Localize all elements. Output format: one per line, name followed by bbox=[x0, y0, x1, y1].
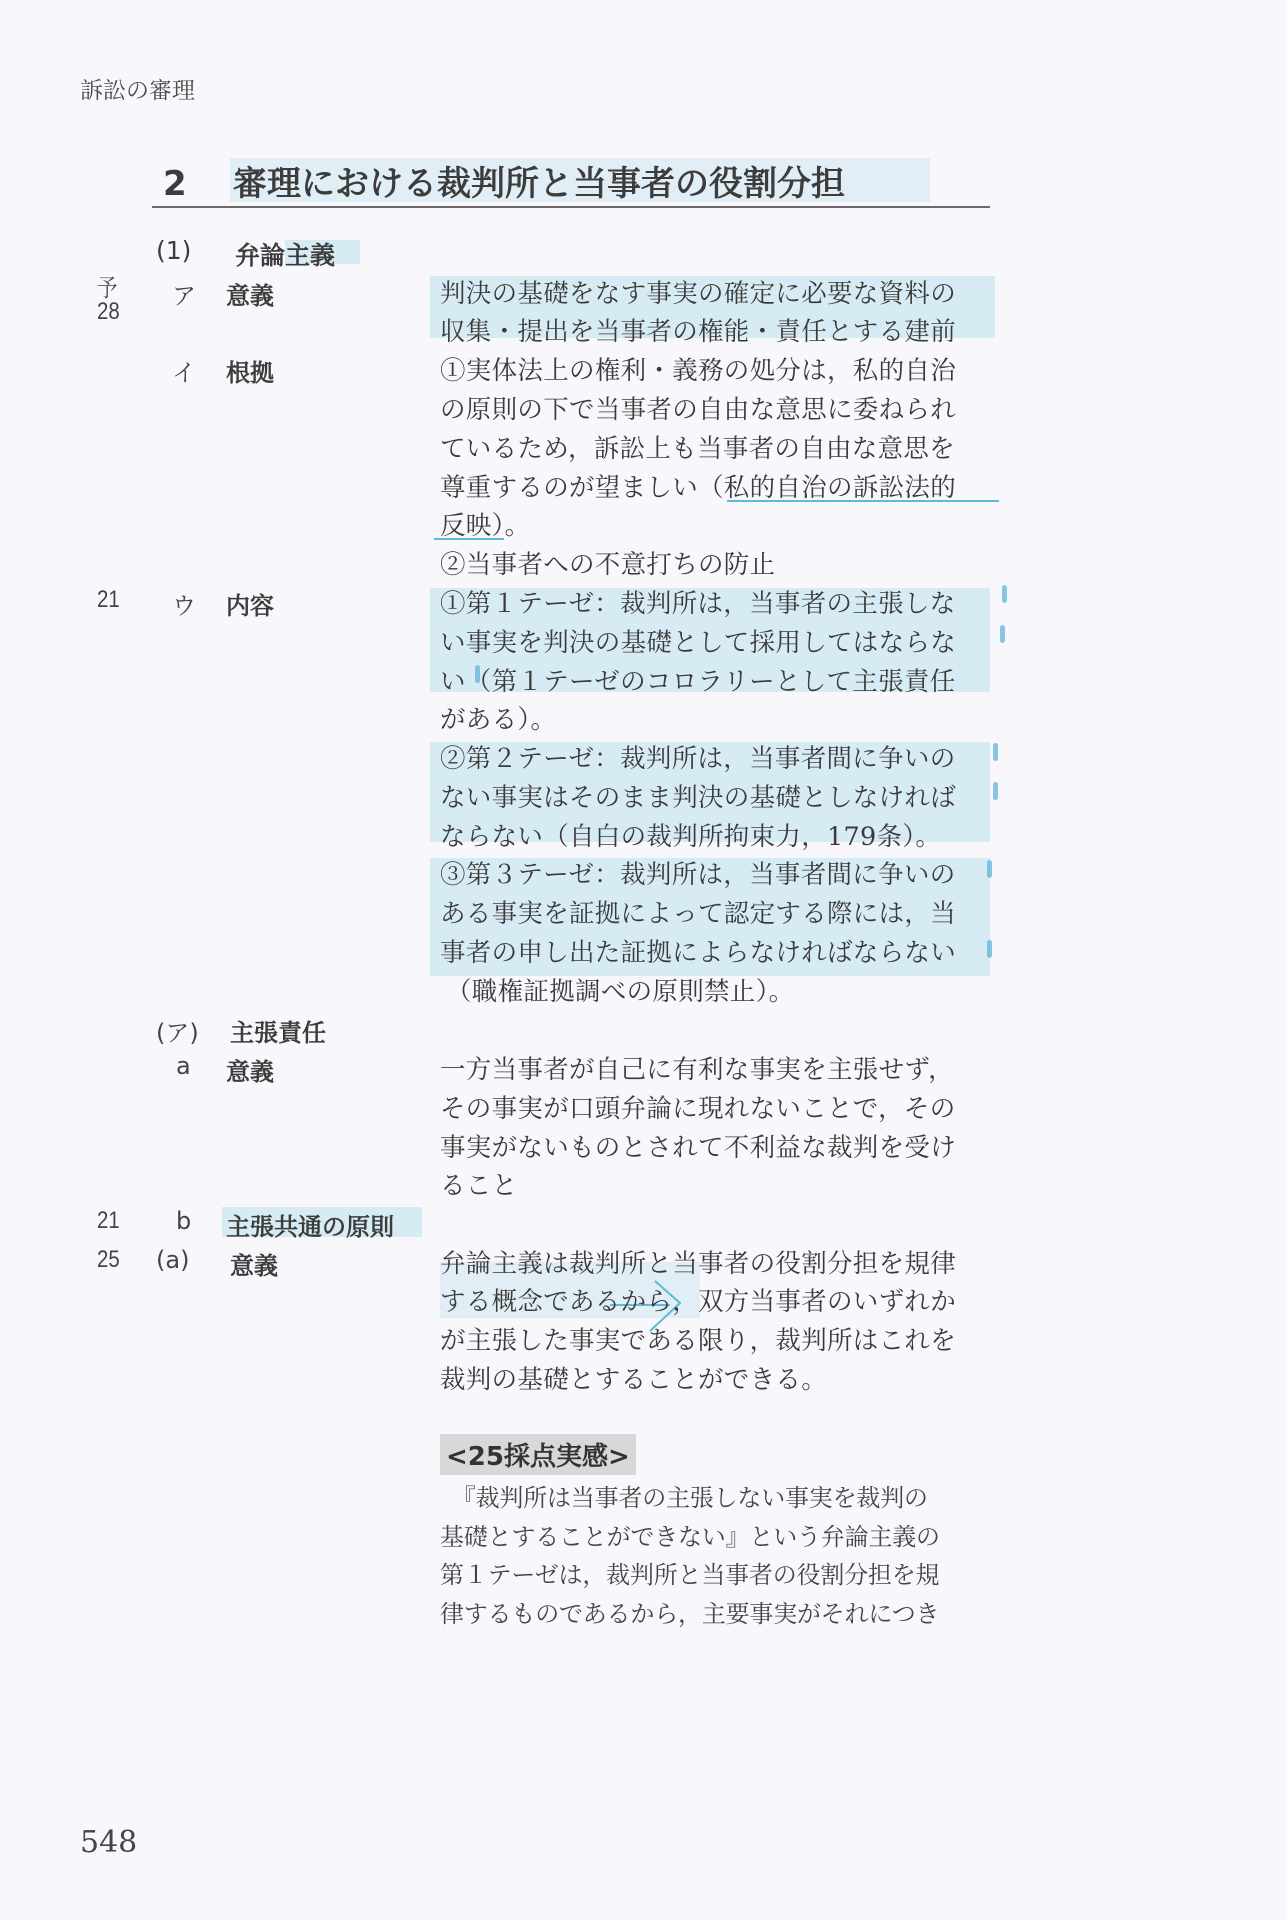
note-line: 律するものであるから，主要事実がそれにつき bbox=[440, 1594, 988, 1629]
item-mark: a bbox=[176, 1052, 191, 1080]
pen-tick bbox=[1000, 625, 1005, 643]
body-line: ない事実はそのまま判決の基礎としなければ bbox=[440, 778, 988, 814]
note-line: 『裁判所は当事者の主張しない事実を裁判の bbox=[440, 1478, 988, 1513]
body-line: （職権証拠調べの原則禁止）。 bbox=[446, 972, 994, 1008]
margin-ref: 21 bbox=[97, 1207, 120, 1235]
item-mark: (ア) bbox=[156, 1013, 199, 1048]
body-line: その事実が口頭弁論に現れないことで，その bbox=[440, 1089, 988, 1125]
subsection-title: 弁論主義 bbox=[235, 236, 335, 272]
body-line: い（第１テーゼのコロラリーとして主張責任 bbox=[440, 662, 988, 698]
running-head: 訴訟の審理 bbox=[80, 72, 195, 105]
title-underline bbox=[152, 206, 990, 208]
item-mark: b bbox=[176, 1207, 191, 1235]
margin-ref: 25 bbox=[97, 1246, 120, 1274]
subsection-heading: (1) 弁論主義 bbox=[0, 236, 1287, 274]
body-line: 反映）。 bbox=[440, 506, 988, 542]
margin-ref: 21 bbox=[97, 586, 120, 614]
body-line: 事者の申し出た証拠によらなければならない bbox=[440, 933, 988, 969]
body-line: ある事実を証拠によって認定する際には，当 bbox=[440, 894, 988, 930]
item-mark: ウ bbox=[172, 586, 196, 621]
item-label: 意義 bbox=[230, 1246, 278, 1281]
body-line: ているため，訴訟上も当事者の自由な意思を bbox=[440, 429, 988, 465]
body-line: ②当事者への不意打ちの防止 bbox=[440, 545, 988, 581]
pen-tick bbox=[993, 743, 998, 761]
body-line: する概念であるから，双方当事者のいずれか bbox=[440, 1282, 988, 1318]
body-line: ①実体法上の権利・義務の処分は，私的自治 bbox=[440, 351, 988, 387]
item-mark: (a) bbox=[156, 1246, 189, 1274]
body-line: 一方当事者が自己に有利な事実を主張せず， bbox=[440, 1050, 988, 1086]
item-mark: イ bbox=[172, 353, 196, 388]
section-title: 2審理における裁判所と当事者の役割分担 bbox=[163, 156, 845, 205]
item-label: 主張共通の原則 bbox=[226, 1207, 394, 1242]
body-line: がある）。 bbox=[440, 700, 988, 736]
body-line: ③第３テーゼ：裁判所は，当事者間に争いの bbox=[440, 855, 988, 891]
body-line: ②第２テーゼ：裁判所は，当事者間に争いの bbox=[440, 739, 988, 775]
pen-tick bbox=[993, 782, 998, 800]
item-label: 根拠 bbox=[226, 353, 274, 388]
pen-tick bbox=[1002, 585, 1007, 603]
body-line: ること bbox=[440, 1166, 988, 1202]
body-line: ならない（自白の裁判所拘束力，179条）。 bbox=[440, 817, 988, 853]
body-line: 事実がないものとされて不利益な裁判を受け bbox=[440, 1128, 988, 1164]
body-line: い事実を判決の基礎として採用してはならな bbox=[440, 623, 988, 659]
body-line: 尊重するのが望ましい（私的自治の訴訟法的 bbox=[440, 468, 988, 504]
body-line: 裁判の基礎とすることができる。 bbox=[440, 1360, 988, 1396]
note-line: 基礎とすることができない』という弁論主義の bbox=[440, 1517, 988, 1552]
section-title-text: 審理における裁判所と当事者の役割分担 bbox=[233, 164, 845, 204]
note-line: 第１テーゼは，裁判所と当事者の役割分担を規 bbox=[440, 1555, 988, 1590]
grading-note-heading: <25採点実感> bbox=[440, 1434, 636, 1475]
body-line: が主張した事実である限り，裁判所はこれを bbox=[440, 1321, 988, 1357]
item-label: 意義 bbox=[226, 276, 274, 311]
page-number: 548 bbox=[80, 1825, 137, 1860]
item-label: 主張責任 bbox=[230, 1013, 326, 1048]
body-line: の原則の下で当事者の自由な意思に委ねられ bbox=[440, 390, 988, 426]
item-label: 内容 bbox=[226, 586, 274, 621]
margin-ref: 28 bbox=[97, 298, 120, 326]
body-line: 弁論主義は裁判所と当事者の役割分担を規律 bbox=[440, 1244, 988, 1280]
body-line: 収集・提出を当事者の権能・責任とする建前 bbox=[440, 312, 988, 348]
item-mark: ア bbox=[172, 276, 196, 311]
body-line: 判決の基礎をなす事実の確定に必要な資料の bbox=[440, 274, 988, 310]
item-label: 意義 bbox=[226, 1052, 274, 1087]
body-line: ①第１テーゼ：裁判所は，当事者の主張しな bbox=[440, 584, 988, 620]
subsection-mark: (1) bbox=[156, 236, 191, 265]
section-number: 2 bbox=[163, 164, 233, 204]
